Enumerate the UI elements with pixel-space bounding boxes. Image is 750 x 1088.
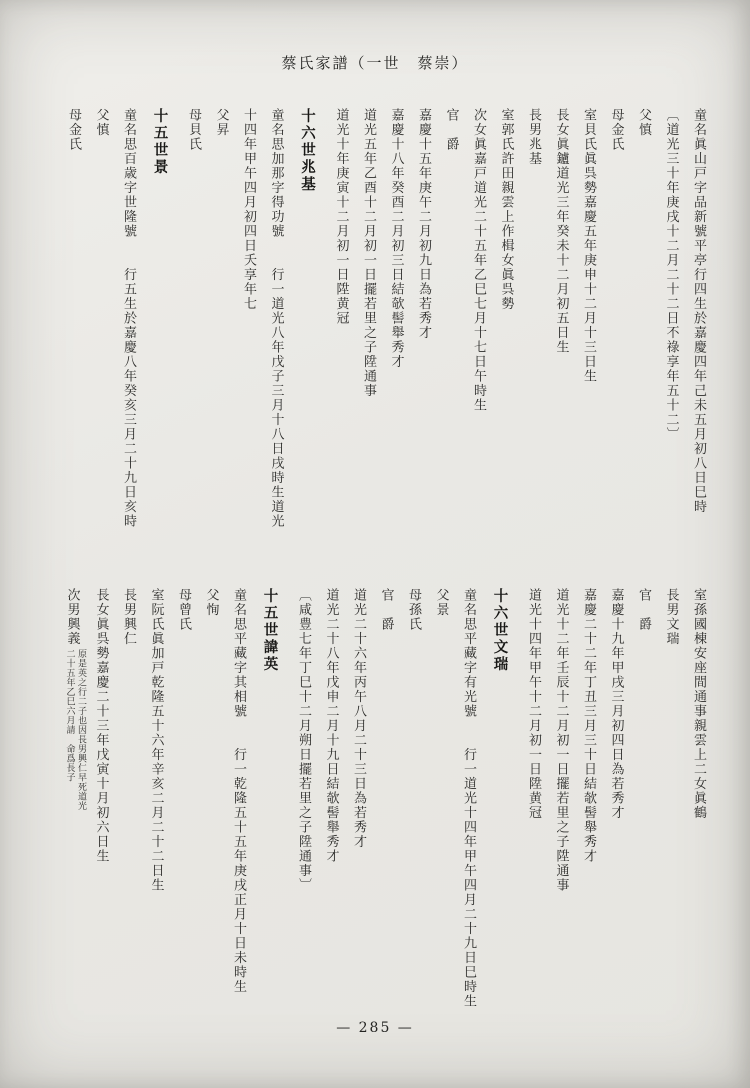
genealogy-column: 父恂 — [197, 588, 225, 1026]
genealogy-column: 長男文瑞 — [657, 588, 685, 1026]
genealogy-column: 道光二十八年戊申二月十九日結欹髻舉秀才 — [317, 588, 345, 1026]
genealogy-page: 蔡氏家譜（一世 蔡崇） 童名眞山戸字品新號平亭行四生於嘉慶四年己未五月初八日巳時… — [0, 0, 750, 1088]
genealogy-column: 童名思百歳字世隆號 行五生於嘉慶八年癸亥三月二十九日亥時 — [115, 108, 143, 580]
genealogy-column: 道光二十六年丙午八月二十三日為若秀才 — [345, 588, 373, 1026]
genealogy-column: 室貝氏眞呉勢嘉慶五年庚申十二月十三日生 — [575, 108, 603, 580]
lower-text-block: 室孫國棟安座間通事親雲上二女眞鶴長男文瑞官 爵嘉慶十九年甲戌三月初四日為若秀才嘉… — [25, 588, 712, 1026]
genealogy-column: 官 爵 — [372, 588, 400, 1026]
genealogy-column: 〔咸豊七年丁巳十二月朔日擺若里之子陞通事〕 — [290, 588, 318, 1026]
page-title: 蔡氏家譜（一世 蔡崇） — [0, 52, 750, 73]
page-number: — 285 — — [0, 1020, 750, 1036]
genealogy-column: 嘉慶十九年甲戌三月初四日為若秀才 — [602, 588, 630, 1026]
genealogy-column: 童名思平藏字其相號 行一乾隆五十五年庚戌正月十日未時生 — [225, 588, 253, 1026]
genealogy-column: 道光五年乙酉十二月初一日擺若里之子陞通事 — [355, 108, 383, 580]
genealogy-column: 長女眞鑪道光三年癸未十二月初五日生 — [547, 108, 575, 580]
genealogy-column: 童名眞山戸字品新號平亭行四生於嘉慶四年己未五月初八日巳時 — [685, 108, 713, 580]
genealogy-column: 室孫國棟安座間通事親雲上二女眞鶴 — [685, 588, 713, 1026]
genealogy-column: 次女眞嘉戸道光二十五年乙巳七月十七日午時生 — [465, 108, 493, 580]
genealogy-column: 長女眞呉勢嘉慶二十三年戊寅十月初六日生 — [87, 588, 115, 1026]
interlinear-note: 原是英之行二子也因長男興仁早死道光二十五年乙巳六月請 命爲長子 — [63, 649, 86, 811]
genealogy-column: 童名思平藏字有光號 行一道光十四年甲午四月二十九日巳時生 — [455, 588, 483, 1026]
genealogy-column: 父慎 — [87, 108, 115, 580]
genealogy-column: 室阮氏眞加戸乾隆五十六年辛亥二月二十二日生 — [142, 588, 170, 1026]
genealogy-column: 道光十四年甲午十二月初一日陞黄冠 — [520, 588, 548, 1026]
genealogy-column: 父慎 — [630, 108, 658, 580]
generation-heading: 十五世景 — [146, 108, 174, 580]
genealogy-column: 母孫氏 — [400, 588, 428, 1026]
genealogy-column: 母金氏 — [602, 108, 630, 580]
genealogy-column: 道光十年庚寅十二月初一日陞黄冠 — [327, 108, 355, 580]
genealogy-column: 嘉慶十八年癸酉二月初三日結欹髻舉秀才 — [382, 108, 410, 580]
genealogy-column: 嘉慶十五年庚午二月初九日為若秀才 — [410, 108, 438, 580]
genealogy-column: 童名思加那字得功號 行一道光八年戊子三月十八日戌時生道光 — [262, 108, 290, 580]
genealogy-column: 十四年甲午四月初四日夭享年七 — [235, 108, 263, 580]
interlinear-note-line: 二十五年乙巳六月請 命爲長子 — [63, 649, 75, 811]
genealogy-column: 母金氏 — [60, 108, 88, 580]
genealogy-column: 父昇 — [207, 108, 235, 580]
genealogy-column: 母貝氏 — [180, 108, 208, 580]
genealogy-column: 官 爵 — [437, 108, 465, 580]
genealogy-column: 次男興義原是英之行二子也因長男興仁早死道光二十五年乙巳六月請 命爲長子 — [58, 588, 87, 1026]
genealogy-column: 官 爵 — [630, 588, 658, 1026]
genealogy-column: 長男興仁 — [115, 588, 143, 1026]
interlinear-note-line: 原是英之行二子也因長男興仁早死道光 — [75, 649, 87, 811]
genealogy-column: 嘉慶二十二年丁丑三月三十日結欹髻舉秀才 — [575, 588, 603, 1026]
upper-text-block: 童名眞山戸字品新號平亭行四生於嘉慶四年己未五月初八日巳時〔道光三十年庚戌十二月二… — [55, 108, 712, 580]
genealogy-column: 長男兆基 — [520, 108, 548, 580]
generation-heading: 十六世兆基 — [294, 108, 322, 580]
genealogy-column: 〔道光三十年庚戌十二月二十二日不祿享年五十二〕 — [657, 108, 685, 580]
genealogy-column: 室郭氏許田親雲上作楫女眞呉勢 — [492, 108, 520, 580]
genealogy-column: 道光十二年壬辰十二月初一日擺若里之子陞通事 — [547, 588, 575, 1026]
generation-heading: 十五世諱英 — [256, 588, 284, 1026]
generation-heading: 十六世文瑞 — [486, 588, 514, 1026]
genealogy-column: 父景 — [427, 588, 455, 1026]
genealogy-column: 母曾氏 — [170, 588, 198, 1026]
